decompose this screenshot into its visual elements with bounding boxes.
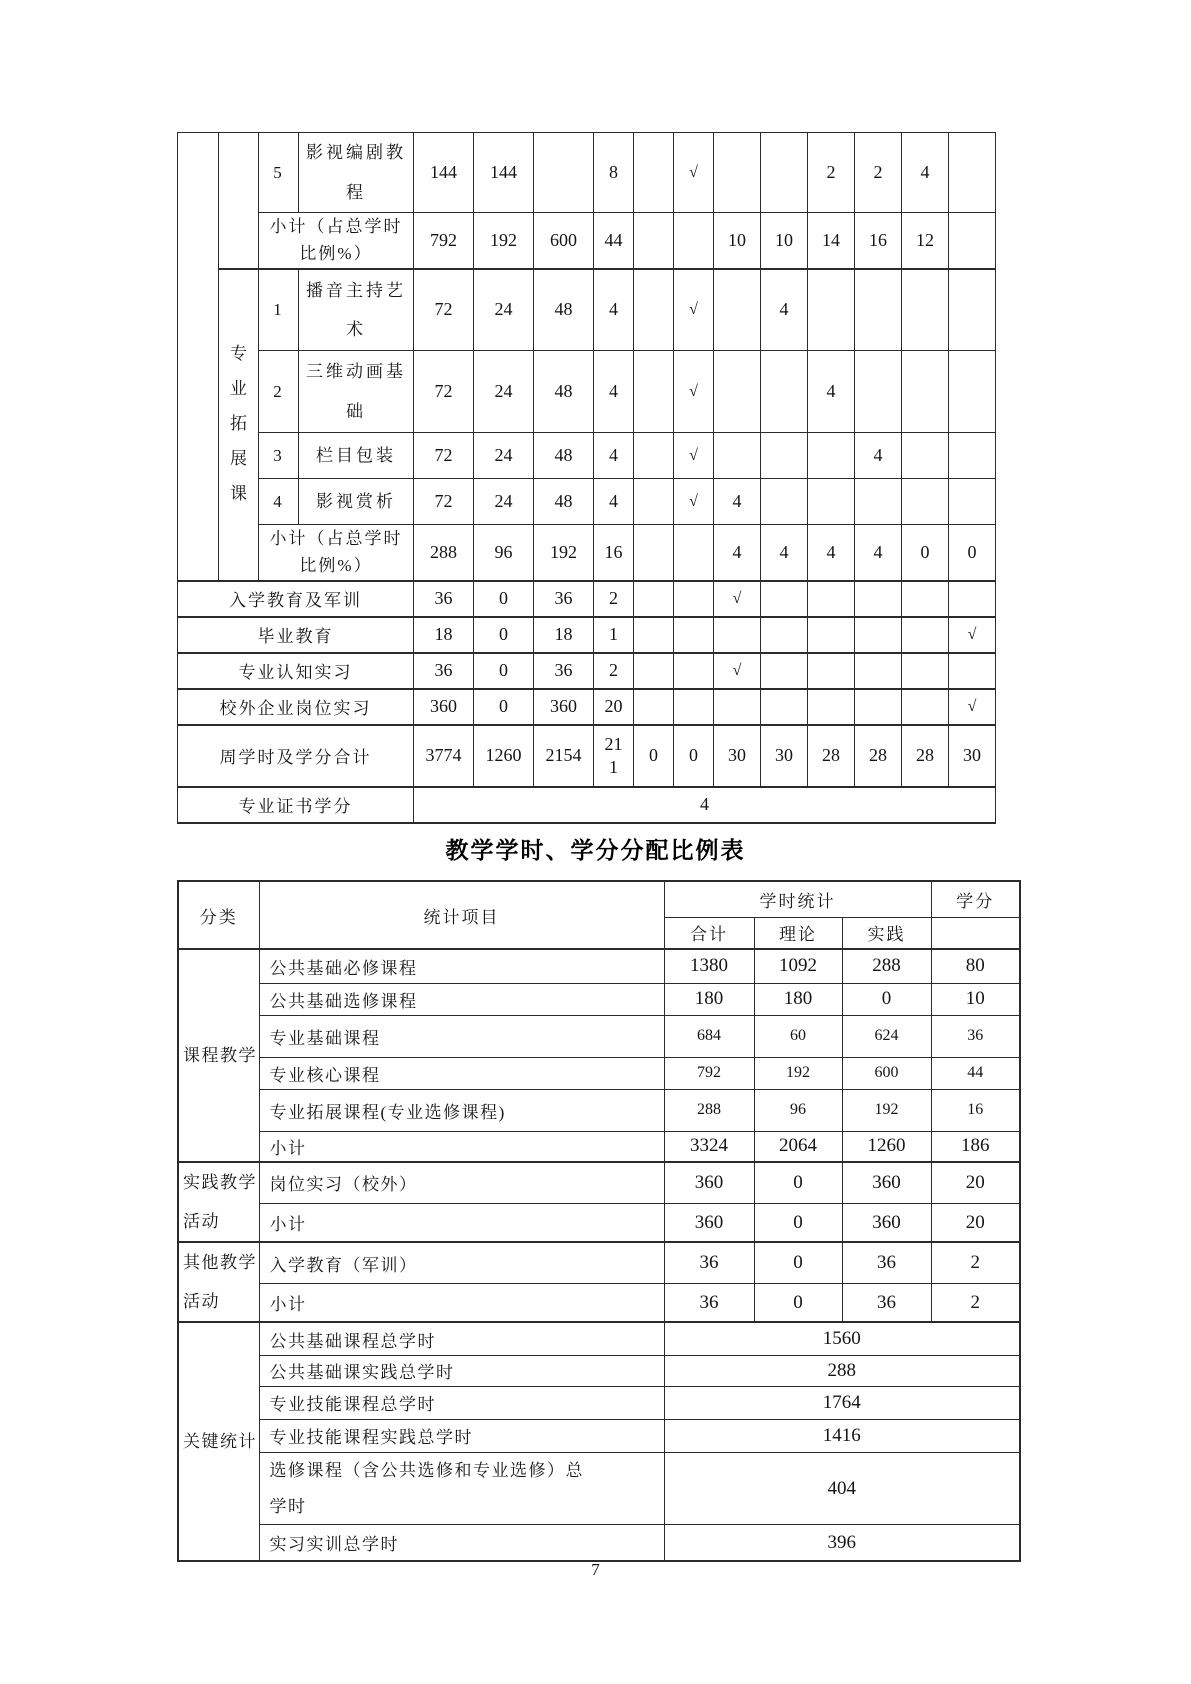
cell-theory: 24: [474, 433, 534, 479]
cell-total: 360: [664, 1203, 754, 1242]
cell-hours: 3774: [414, 725, 474, 787]
cell-check: [674, 213, 714, 269]
cell-credits: 2: [594, 653, 634, 689]
cell-practice: 36: [534, 653, 594, 689]
item-label: 公共基础必修课程: [259, 949, 664, 983]
cell-theory: 96: [754, 1089, 842, 1131]
cell-practice: 192: [842, 1089, 931, 1131]
cell-s3: [808, 433, 855, 479]
cell-s6: [949, 653, 996, 689]
item-label: 专业拓展课程(专业选修课程): [259, 1089, 664, 1131]
course-number: 3: [259, 433, 299, 479]
cell-exam: [634, 479, 674, 525]
cell-theory: 0: [754, 1242, 842, 1283]
subtotal-label: 小计（占总学时比例%）: [259, 525, 414, 581]
item-label: 实习实训总学时: [259, 1525, 664, 1561]
cell-s6: [949, 269, 996, 351]
cell-total: 1380: [664, 949, 754, 983]
cell-practice: 36: [842, 1242, 931, 1283]
cell-exam: [634, 689, 674, 725]
cell-hours: 360: [414, 689, 474, 725]
cell-theory: 0: [754, 1203, 842, 1242]
cell-hours: 18: [414, 617, 474, 653]
cell-s4: 16: [855, 213, 902, 269]
cell-s3: [808, 269, 855, 351]
cell-s6: [949, 133, 996, 213]
cell-credits: 186: [931, 1131, 1020, 1162]
summary-table: 分类 统计项目 学时统计 学分 合计 理论 实践 课程教学 公共基础必修课程 1…: [177, 880, 1021, 1562]
group-label-other-activities: 其他教学活动: [178, 1242, 259, 1322]
cell-exam: [634, 581, 674, 617]
cell-s1: [714, 617, 761, 653]
cell-s6: [949, 351, 996, 433]
cell-s2: 4: [761, 525, 808, 581]
course-number: 1: [259, 269, 299, 351]
cell-theory: 0: [754, 1162, 842, 1203]
course-name: 播音主持艺术: [299, 269, 414, 351]
cell-s3: 14: [808, 213, 855, 269]
cell-credits: 80: [931, 949, 1020, 983]
cell-exam: 0: [634, 725, 674, 787]
cell-total: 3324: [664, 1131, 754, 1162]
activity-label: 专业认知实习: [178, 653, 414, 689]
cell-practice: 48: [534, 351, 594, 433]
cell-s3: 4: [808, 525, 855, 581]
cell-s6: 0: [949, 525, 996, 581]
cell-s2: [761, 479, 808, 525]
activity-label: 校外企业岗位实习: [178, 689, 414, 725]
cell-s3: [808, 653, 855, 689]
cell-s2: 4: [761, 269, 808, 351]
cell-theory: 24: [474, 351, 534, 433]
cell-practice: 48: [534, 433, 594, 479]
cell-credits: 44: [931, 1057, 1020, 1089]
cell-theory: 1260: [474, 725, 534, 787]
cell-s4: [855, 479, 902, 525]
cell-s6: [949, 433, 996, 479]
cell-s1: [714, 133, 761, 213]
item-label: 专业技能课程实践总学时: [259, 1419, 664, 1452]
item-label: 小计: [259, 1284, 664, 1323]
activity-row: 毕业教育 18 0 18 1 √: [178, 617, 996, 653]
cell-credits: 16: [594, 525, 634, 581]
cell-s2: [761, 653, 808, 689]
cell-credits: 36: [931, 1015, 1020, 1057]
cell-credits: 10: [931, 983, 1020, 1015]
cell-credits: 8: [594, 133, 634, 213]
activity-row: 校外企业岗位实习 360 0 360 20 √: [178, 689, 996, 725]
cell-hours: 72: [414, 269, 474, 351]
cell-exam: [634, 653, 674, 689]
cell-hours: 72: [414, 479, 474, 525]
cell-theory: 192: [474, 213, 534, 269]
group-label-practice-activities: 实践教学活动: [178, 1162, 259, 1242]
cell-credits: 16: [931, 1089, 1020, 1131]
cell-hours: 72: [414, 351, 474, 433]
key-stat-row: 专业技能课程总学时 1764: [178, 1386, 1020, 1419]
cell-s6: 30: [949, 725, 996, 787]
cell-s4: 4: [855, 525, 902, 581]
cell-s5: [902, 617, 949, 653]
summary-subtotal-row: 小计 36 0 36 2: [178, 1284, 1020, 1323]
cell-exam: [634, 433, 674, 479]
summary-row: 专业拓展课程(专业选修课程) 288 96 192 16: [178, 1089, 1020, 1131]
col-total-header: 合计: [664, 917, 754, 949]
merged-value: 404: [664, 1452, 1020, 1524]
cell-s4: [855, 351, 902, 433]
cell-practice: 48: [534, 479, 594, 525]
course-row: 3 栏目包装 72 24 48 4 √ 4: [178, 433, 996, 479]
cell-s6: [949, 213, 996, 269]
cell-hours: 288: [414, 525, 474, 581]
group-label-key-statistics: 关键统计: [178, 1322, 259, 1560]
cell-s4: 4: [855, 433, 902, 479]
col-theory-header: 理论: [754, 917, 842, 949]
cell-credits: 4: [594, 433, 634, 479]
key-stat-row: 关键统计 公共基础课程总学时 1560: [178, 1322, 1020, 1355]
cell-s4: [855, 689, 902, 725]
subtotal-label: 小计（占总学时比例%）: [259, 213, 414, 269]
col-credits-header: 学分: [931, 881, 1020, 917]
cell-theory: 0: [474, 581, 534, 617]
subtotal-row: 小计（占总学时比例%） 792 192 600 44 10 10 14 16 1…: [178, 213, 996, 269]
group-label-course-teaching: 课程教学: [178, 949, 259, 1162]
cell-practice: 0: [842, 983, 931, 1015]
course-name: 影视编剧教程: [299, 133, 414, 213]
merged-value: 288: [664, 1355, 1020, 1386]
cell-check: √: [674, 351, 714, 433]
cell-s1: √: [714, 653, 761, 689]
cell-s5: [902, 689, 949, 725]
cell-s5: [902, 479, 949, 525]
cell-s4: [855, 581, 902, 617]
cell-practice: 192: [534, 525, 594, 581]
key-stat-row: 实习实训总学时 396: [178, 1525, 1020, 1561]
item-label: 岗位实习（校外）: [259, 1162, 664, 1203]
header-row-1: 分类 统计项目 学时统计 学分: [178, 881, 1020, 917]
cell-credits: 2: [931, 1242, 1020, 1283]
cell-s2: [761, 617, 808, 653]
curriculum-table: 5 影视编剧教程 144 144 8 √ 2 2 4 小计（占总学时比例%） 7…: [177, 132, 996, 824]
summary-row: 课程教学 公共基础必修课程 1380 1092 288 80: [178, 949, 1020, 983]
cell-credits: 20: [931, 1203, 1020, 1242]
cell-theory: 0: [474, 617, 534, 653]
cell-hours: 144: [414, 133, 474, 213]
cell-exam: [634, 617, 674, 653]
course-row: 4 影视赏析 72 24 48 4 √ 4: [178, 479, 996, 525]
cell-practice: 2154: [534, 725, 594, 787]
cell-s3: 28: [808, 725, 855, 787]
course-number: 5: [259, 133, 299, 213]
item-label: 小计: [259, 1131, 664, 1162]
item-label: 专业基础课程: [259, 1015, 664, 1057]
cell-practice: 360: [534, 689, 594, 725]
cell-exam: [634, 351, 674, 433]
cell-theory: 0: [474, 653, 534, 689]
cell-s4: [855, 617, 902, 653]
certificate-label: 专业证书学分: [178, 787, 414, 823]
cell-s2: [761, 689, 808, 725]
activity-row: 专业认知实习 36 0 36 2 √: [178, 653, 996, 689]
cell-practice: 360: [842, 1203, 931, 1242]
cell-s2: 30: [761, 725, 808, 787]
wrapped-number: 211: [602, 733, 626, 778]
cell-practice: 360: [842, 1162, 931, 1203]
cell-s6: √: [949, 617, 996, 653]
summary-row: 专业基础课程 684 60 624 36: [178, 1015, 1020, 1057]
totals-label: 周学时及学分合计: [178, 725, 414, 787]
cell-exam: [634, 133, 674, 213]
cell-exam: [634, 525, 674, 581]
cell-credits: 4: [594, 269, 634, 351]
cell-s3: [808, 479, 855, 525]
cell-s6: [949, 581, 996, 617]
cell-theory: 1092: [754, 949, 842, 983]
cell-s6: √: [949, 689, 996, 725]
cell-s5: 0: [902, 525, 949, 581]
cell-theory: 24: [474, 479, 534, 525]
cell-theory: 24: [474, 269, 534, 351]
cell-s5: [902, 653, 949, 689]
summary-subtotal-row: 小计 3324 2064 1260 186: [178, 1131, 1020, 1162]
cell-check: [674, 581, 714, 617]
cell-theory: 192: [754, 1057, 842, 1089]
course-name: 栏目包装: [299, 433, 414, 479]
cell-credits: 4: [594, 479, 634, 525]
hours-group-header: 学时统计: [664, 881, 931, 917]
item-label: 公共基础选修课程: [259, 983, 664, 1015]
cell-practice: 36: [534, 581, 594, 617]
summary-subtotal-row: 小计 360 0 360 20: [178, 1203, 1020, 1242]
cell-s1: 10: [714, 213, 761, 269]
cell-hours: 36: [414, 581, 474, 617]
cell-total: 36: [664, 1242, 754, 1283]
course-row: 专业拓展课 1 播音主持艺术 72 24 48 4 √ 4: [178, 269, 996, 351]
cell-theory: 0: [754, 1284, 842, 1323]
cell-s1: √: [714, 581, 761, 617]
merged-value: 396: [664, 1525, 1020, 1561]
cell-s2: 10: [761, 213, 808, 269]
cell-s3: [808, 581, 855, 617]
item-label-text: 选修课程（含公共选修和专业选修）总学时: [270, 1453, 592, 1524]
cell-check: [674, 653, 714, 689]
activity-label: 毕业教育: [178, 617, 414, 653]
subtotal-row: 小计（占总学时比例%） 288 96 192 16 4 4 4 4 0 0: [178, 525, 996, 581]
cell-practice: 600: [842, 1057, 931, 1089]
cell-practice: 624: [842, 1015, 931, 1057]
item-label: 公共基础课实践总学时: [259, 1355, 664, 1386]
cell-practice: 18: [534, 617, 594, 653]
cell-s2: [761, 133, 808, 213]
cell-theory: 0: [474, 689, 534, 725]
cell-practice: [534, 133, 594, 213]
page-title: 教学学时、学分分配比例表: [0, 832, 1191, 865]
cell-check: √: [674, 479, 714, 525]
cell-s3: [808, 689, 855, 725]
activity-label: 入学教育及军训: [178, 581, 414, 617]
totals-row: 周学时及学分合计 3774 1260 2154 211 0 0 30 30 28…: [178, 725, 996, 787]
item-label: 公共基础课程总学时: [259, 1322, 664, 1355]
cell-s3: [808, 617, 855, 653]
summary-row: 专业核心课程 792 192 600 44: [178, 1057, 1020, 1089]
cell-check: √: [674, 433, 714, 479]
cell-credits: 2: [931, 1284, 1020, 1323]
cell-s2: [761, 433, 808, 479]
cell-credits: 4: [594, 351, 634, 433]
cell-s4: 28: [855, 725, 902, 787]
certificate-row: 专业证书学分 4: [178, 787, 996, 823]
cell-s5: [902, 269, 949, 351]
cell-check: [674, 525, 714, 581]
cell-theory: 144: [474, 133, 534, 213]
subtotal-label-text: 小计（占总学时比例%）: [267, 213, 406, 267]
certificate-value: 4: [414, 787, 996, 823]
merged-value: 1560: [664, 1322, 1020, 1355]
cell-credits: 20: [931, 1162, 1020, 1203]
cell-theory: 2064: [754, 1131, 842, 1162]
cell-theory: 60: [754, 1015, 842, 1057]
section-label: 专业拓展课: [229, 337, 249, 511]
summary-row: 公共基础选修课程 180 180 0 10: [178, 983, 1020, 1015]
cell-practice: 1260: [842, 1131, 931, 1162]
cell-total: 360: [664, 1162, 754, 1203]
col-practice-header: 实践: [842, 917, 931, 949]
cell-s2: [761, 351, 808, 433]
cell-s1: [714, 433, 761, 479]
cell-s1: 4: [714, 479, 761, 525]
page-number: 7: [0, 1560, 1191, 1580]
category-span-cell: [178, 133, 219, 581]
cell-hours: 792: [414, 213, 474, 269]
cell-credits: 2: [594, 581, 634, 617]
merged-value: 1764: [664, 1386, 1020, 1419]
cell-s5: [902, 581, 949, 617]
item-label: 专业核心课程: [259, 1057, 664, 1089]
cell-s4: [855, 653, 902, 689]
item-label: 选修课程（含公共选修和专业选修）总学时: [259, 1452, 664, 1524]
cell-s5: [902, 433, 949, 479]
cell-s1: 30: [714, 725, 761, 787]
cell-theory: 96: [474, 525, 534, 581]
credits-subheader-empty: [931, 917, 1020, 949]
col-category-header: 分类: [178, 881, 259, 949]
section-label-cell: 专业拓展课: [219, 269, 259, 581]
cell-credits: 211: [594, 725, 634, 787]
cell-total: 36: [664, 1284, 754, 1323]
course-name: 影视赏析: [299, 479, 414, 525]
cell-theory: 180: [754, 983, 842, 1015]
cell-s6: [949, 479, 996, 525]
cell-s5: 28: [902, 725, 949, 787]
key-stat-row: 选修课程（含公共选修和专业选修）总学时 404: [178, 1452, 1020, 1524]
cell-s4: [855, 269, 902, 351]
summary-row: 实践教学活动 岗位实习（校外） 360 0 360 20: [178, 1162, 1020, 1203]
key-stat-row: 专业技能课程实践总学时 1416: [178, 1419, 1020, 1452]
cell-practice: 48: [534, 269, 594, 351]
cell-s5: 12: [902, 213, 949, 269]
merged-value: 1416: [664, 1419, 1020, 1452]
subtotal-label-text: 小计（占总学时比例%）: [267, 525, 406, 579]
key-stat-row: 公共基础课实践总学时 288: [178, 1355, 1020, 1386]
cell-s3: 2: [808, 133, 855, 213]
cell-total: 684: [664, 1015, 754, 1057]
cell-exam: [634, 269, 674, 351]
cell-s1: [714, 269, 761, 351]
cell-s4: 2: [855, 133, 902, 213]
cell-credits: 1: [594, 617, 634, 653]
course-row: 5 影视编剧教程 144 144 8 √ 2 2 4: [178, 133, 996, 213]
course-name: 三维动画基础: [299, 351, 414, 433]
item-label: 小计: [259, 1203, 664, 1242]
summary-row: 其他教学活动 入学教育（军训） 36 0 36 2: [178, 1242, 1020, 1283]
cell-practice: 600: [534, 213, 594, 269]
cell-check: √: [674, 269, 714, 351]
cell-s5: 4: [902, 133, 949, 213]
item-label: 专业技能课程总学时: [259, 1386, 664, 1419]
cell-check: 0: [674, 725, 714, 787]
cell-check: [674, 689, 714, 725]
subcategory-span-cell: [219, 133, 259, 269]
item-label: 入学教育（军训）: [259, 1242, 664, 1283]
cell-total: 180: [664, 983, 754, 1015]
cell-s2: [761, 581, 808, 617]
course-number: 2: [259, 351, 299, 433]
course-number: 4: [259, 479, 299, 525]
cell-hours: 36: [414, 653, 474, 689]
cell-s3: 4: [808, 351, 855, 433]
cell-total: 792: [664, 1057, 754, 1089]
activity-row: 入学教育及军训 36 0 36 2 √: [178, 581, 996, 617]
cell-credits: 44: [594, 213, 634, 269]
cell-check: √: [674, 133, 714, 213]
col-item-header: 统计项目: [259, 881, 664, 949]
cell-s5: [902, 351, 949, 433]
cell-check: [674, 617, 714, 653]
course-row: 2 三维动画基础 72 24 48 4 √ 4: [178, 351, 996, 433]
cell-hours: 72: [414, 433, 474, 479]
cell-s1: 4: [714, 525, 761, 581]
cell-total: 288: [664, 1089, 754, 1131]
cell-practice: 36: [842, 1284, 931, 1323]
cell-credits: 20: [594, 689, 634, 725]
cell-s1: [714, 689, 761, 725]
cell-practice: 288: [842, 949, 931, 983]
cell-s1: [714, 351, 761, 433]
cell-exam: [634, 213, 674, 269]
